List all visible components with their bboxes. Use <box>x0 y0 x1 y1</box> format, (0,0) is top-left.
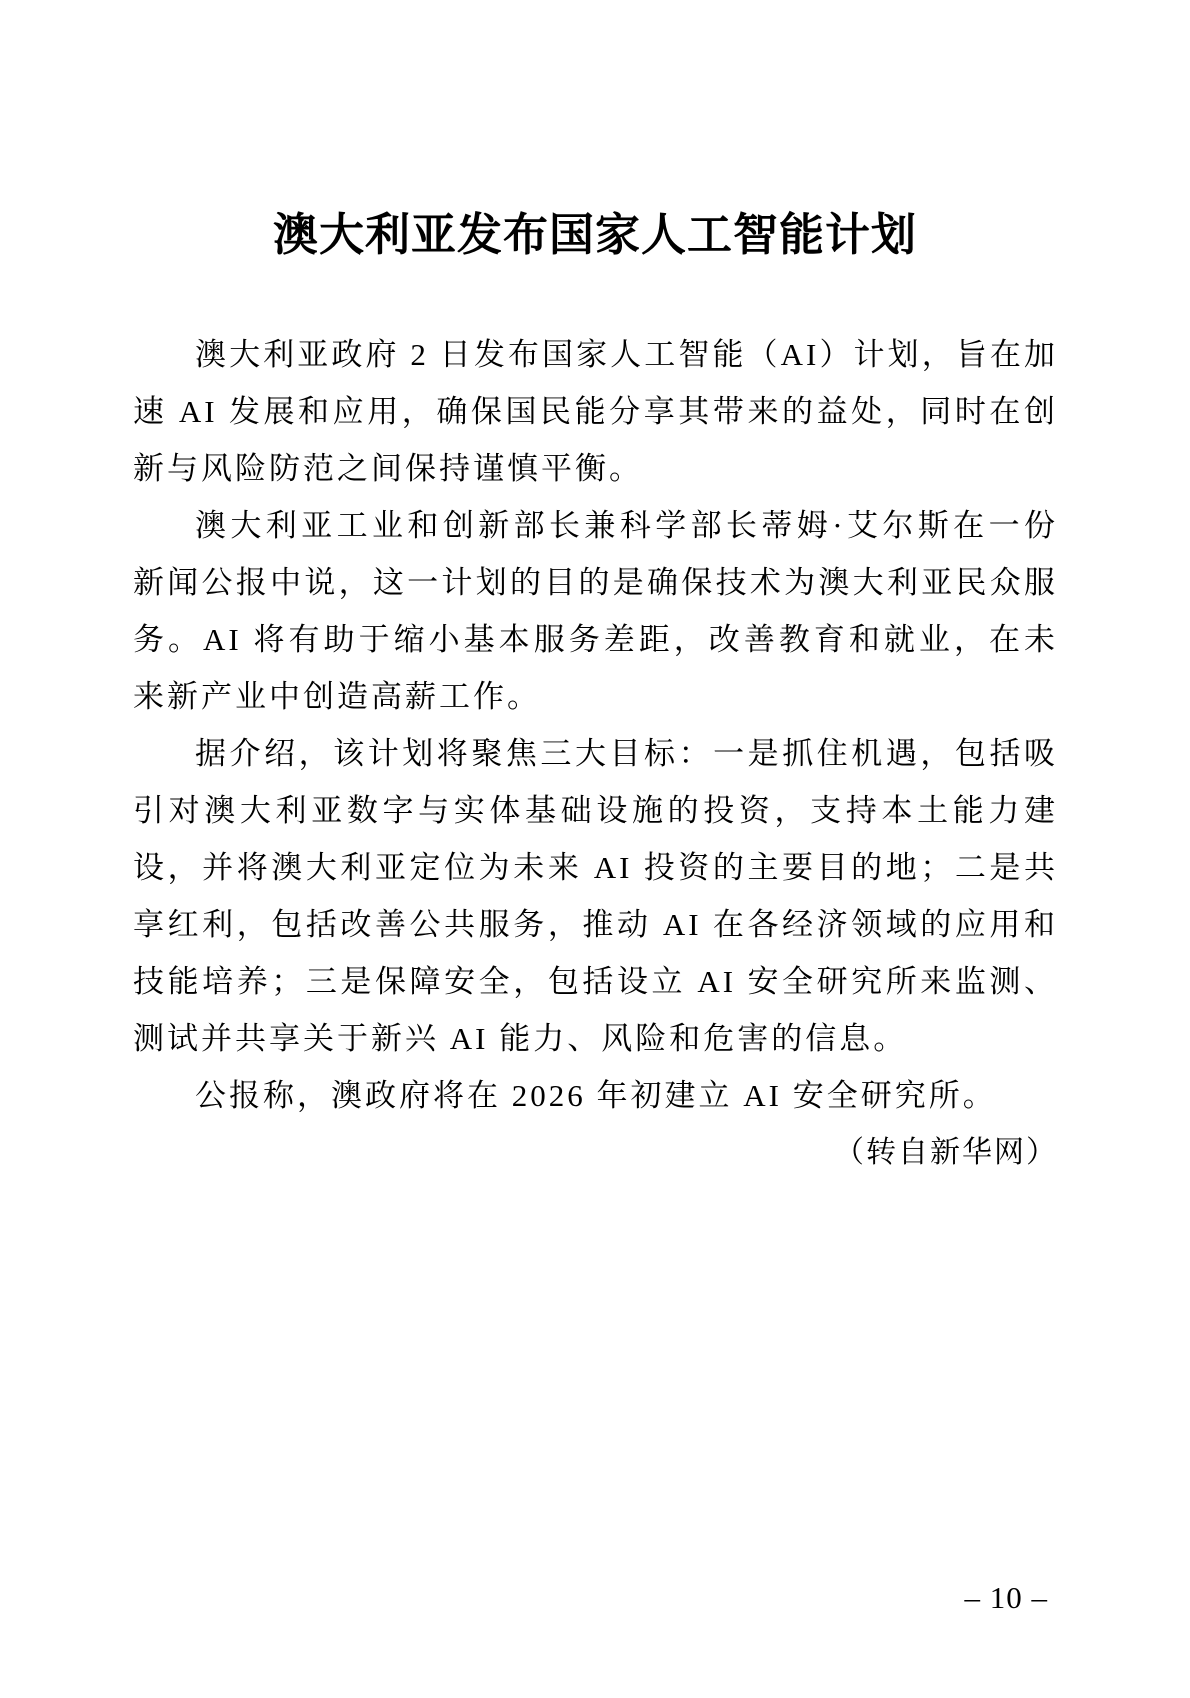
paragraph-institute: 公报称，澳政府将在 2026 年初建立 AI 安全研究所。 <box>133 1067 1058 1124</box>
page-number: – 10 – <box>965 1580 1049 1616</box>
paragraph-minister-statement: 澳大利亚工业和创新部长兼科学部长蒂姆·艾尔斯在一份新闻公报中说，这一计划的目的是… <box>133 497 1058 725</box>
attribution-line: （转自新华网） <box>133 1124 1058 1181</box>
paragraph-three-goals: 据介绍，该计划将聚焦三大目标：一是抓住机遇，包括吸引对澳大利亚数字与实体基础设施… <box>133 725 1058 1067</box>
article-title: 澳大利亚发布国家人工智能计划 <box>0 198 1190 263</box>
article-body: 澳大利亚政府 2 日发布国家人工智能（AI）计划，旨在加速 AI 发展和应用，确… <box>133 326 1058 1181</box>
document-page: 澳大利亚发布国家人工智能计划 澳大利亚政府 2 日发布国家人工智能（AI）计划，… <box>0 0 1190 1698</box>
paragraph-intro: 澳大利亚政府 2 日发布国家人工智能（AI）计划，旨在加速 AI 发展和应用，确… <box>133 326 1058 497</box>
